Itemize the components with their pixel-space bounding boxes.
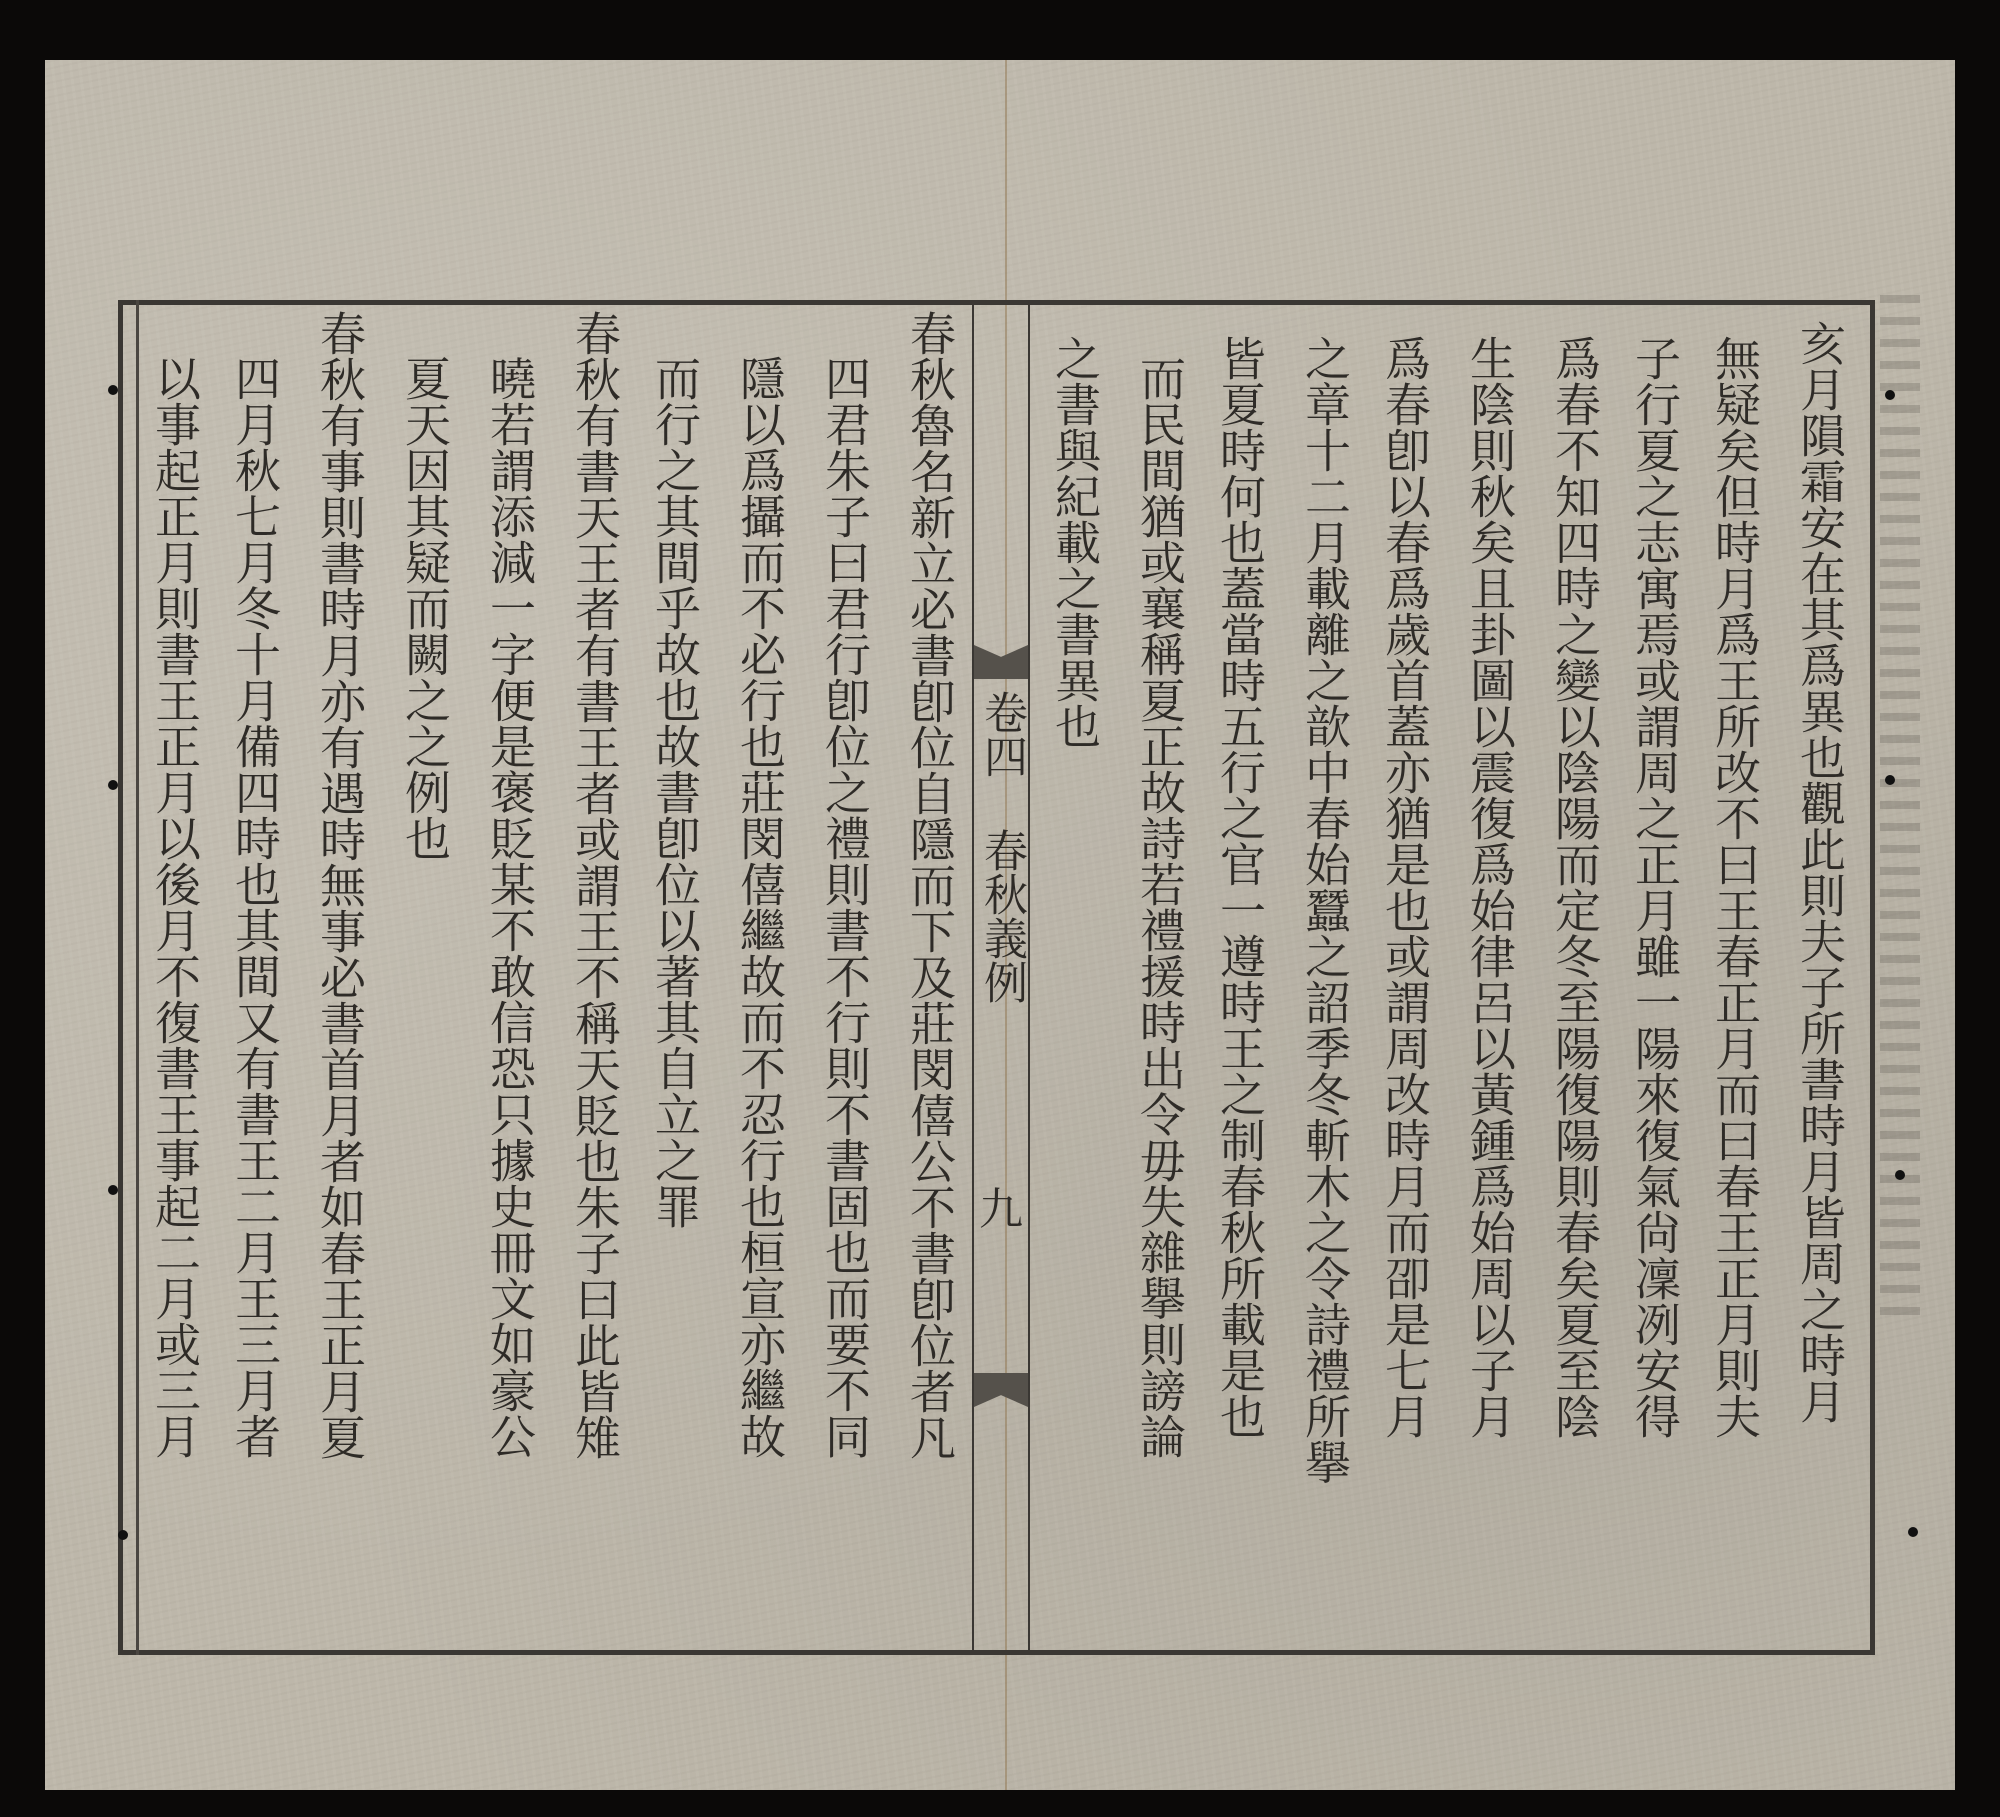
text-column-l1: 春秋魯名新立必書卽位自隱而下及莊閔僖公不書卽位者凡 <box>900 310 956 1460</box>
binding-hole <box>1885 390 1895 400</box>
text-column-r2: 無疑矣但時月爲王所改不曰王春正月而曰春王正月則夫 <box>1705 335 1761 1439</box>
text-column-l6: 曉若謂添減一字便是褒貶某不敢信恐只據史冊文如豪公 <box>480 355 536 1459</box>
banxin-title: 卷四 春秋義例 <box>974 690 1028 1004</box>
banxin-center-column: 卷四 春秋義例 九 <box>972 305 1030 1650</box>
banxin-book-title: 春秋義例 <box>976 828 1026 1004</box>
text-column-r10: 之書與紀載之書異也 <box>1045 335 1101 749</box>
binding-hole <box>1908 1527 1918 1537</box>
banxin-juan: 卷四 <box>976 690 1026 778</box>
text-column-r7: 之章十二月載離之歆中春始蠶之詔季冬斬木之令詩禮所擧 <box>1295 335 1351 1485</box>
text-column-r8: 皆夏時何也蓋當時五行之官一遵時王之制春秋所載是也 <box>1210 335 1266 1439</box>
binding-hole <box>118 1530 128 1540</box>
binding-hole <box>108 385 118 395</box>
binding-hole <box>1895 1170 1905 1180</box>
text-column-l10: 以事起正月則書王正月以後月不復書王事起二月或三月 <box>145 355 201 1459</box>
text-column-l8: 春秋有事則書時月亦有遇時無事必書首月者如春王正月夏 <box>310 310 366 1460</box>
text-column-l2: 四君朱子曰君行卽位之禮則書不行則不書固也而要不同 <box>815 355 871 1459</box>
binding-hole <box>108 1185 118 1195</box>
text-column-r4: 爲春不知四時之變以陰陽而定冬至陽復陽則春矣夏至陰 <box>1545 335 1601 1439</box>
page-number: 九 <box>974 1185 1028 1235</box>
text-column-l3: 隱以爲攝而不必行也莊閔僖繼故而不忍行也桓宣亦繼故 <box>730 355 786 1459</box>
binding-hole <box>108 780 118 790</box>
text-column-r6: 爲春卽以春爲歲首蓋亦猶是也或謂周改時月而卲是七月 <box>1375 335 1431 1439</box>
fishtail-top-icon <box>974 645 1028 679</box>
text-column-r3: 子行夏之志寓焉或謂周之正月雖一陽來復氣尙凜冽安得 <box>1625 335 1681 1439</box>
fishtail-bottom-icon <box>974 1373 1028 1407</box>
text-column-l5: 春秋有書天王者有書王者或謂王不稱天貶也朱子曰此皆雉 <box>565 310 621 1460</box>
text-column-r1: 亥月隕霜安在其爲異也觀此則夫子所書時月皆周之時月 <box>1790 320 1846 1424</box>
text-column-l7: 夏天因其疑而闕之之例也 <box>395 355 451 861</box>
text-column-r9: 而民間猶或襄稱夏正故詩若禮援時出令毋失雜擧則謗論 <box>1130 355 1186 1459</box>
text-column-r5: 生陰則秋矣且卦圖以震復爲始律呂以黃鍾爲始周以子月 <box>1460 335 1516 1439</box>
binding-hole <box>1885 775 1895 785</box>
frame-inner-left-rule <box>118 300 139 1655</box>
text-column-l4: 而行之其間乎故也故書卽位以著其自立之罪 <box>645 355 701 1229</box>
text-column-l9: 四月秋七月冬十月備四時也其間又有書王二月王三月者 <box>225 355 281 1459</box>
